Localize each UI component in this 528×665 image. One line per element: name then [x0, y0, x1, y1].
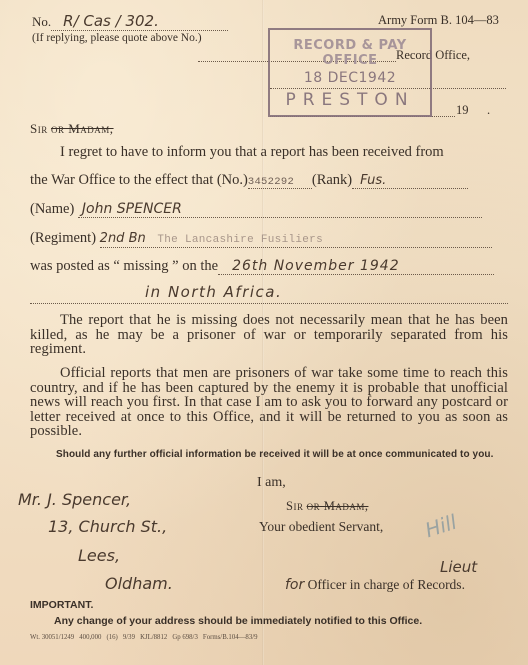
name-line: (Name) John SPENCER — [30, 201, 482, 218]
missing-location-value: in North Africa. — [145, 283, 282, 301]
location-line: in North Africa. — [30, 285, 508, 304]
address-line-3: Lees, — [78, 546, 120, 565]
important-label: IMPORTANT. — [30, 599, 93, 611]
print-code: Wt. 30051/1249 400,000 (16) 9/39 KJL/881… — [30, 634, 258, 641]
record-pay-office-stamp: RECORD & PAY OFFICE 18 DEC1942 PRESTON — [268, 28, 432, 117]
paragraph-prisoners-of-war: Official reports that men are prisoners … — [30, 366, 508, 439]
regiment-value: 2nd Bn The Lancashire Fusiliers — [100, 230, 492, 248]
salutation-sir: Sir — [30, 121, 48, 136]
war-office-line: the War Office to the effect that (No.)3… — [30, 172, 468, 189]
closing-servant: Your obedient Servant, — [259, 519, 383, 535]
for-prefix: for — [285, 577, 304, 593]
closing-sir: Sir — [286, 499, 303, 513]
officer-title: Officer in charge of Records. — [308, 577, 465, 592]
no-label: No. — [32, 14, 51, 29]
address-line-2: 13, Church St., — [48, 517, 167, 536]
posted-missing-line: was posted as “ missing ” on the26th Nov… — [30, 258, 494, 275]
stamp-location: PRESTON — [270, 90, 430, 110]
intro-line: I regret to have to inform you that a re… — [60, 144, 444, 161]
form-number: Army Form B. 104—83 — [378, 13, 499, 28]
missing-date-value: 26th November 1942 — [218, 258, 494, 275]
regiment-line: (Regiment) 2nd Bn The Lancashire Fusilie… — [30, 230, 492, 248]
rank-label: (Rank) — [312, 172, 352, 188]
posted-label: was posted as “ missing ” on the — [30, 258, 218, 274]
year-prefix: 19 — [456, 103, 469, 118]
address-line-4: Oldham. — [105, 574, 173, 593]
stamp-office-name: RECORD & PAY OFFICE — [270, 38, 430, 68]
regiment-label: (Regiment) — [30, 230, 96, 246]
regiment-battalion: 2nd Bn — [100, 231, 146, 246]
signatory-rank: Lieut — [440, 558, 477, 576]
important-text: Any change of your address should be imm… — [54, 615, 422, 627]
army-form-b104-83: No.R/ Cas / 302. (If replying, please qu… — [0, 0, 528, 665]
officer-signature: Hill — [422, 510, 460, 543]
reference-number-value: R/ Cas / 302. — [51, 12, 228, 31]
regiment-name: The Lancashire Fusiliers — [157, 234, 323, 246]
closing-or-madam-struck: or Madam, — [307, 499, 369, 513]
year-suffix: . — [487, 103, 490, 118]
paragraph-3-text: Should any further official information … — [56, 449, 494, 460]
reply-note: (If replying, please quote above No.) — [32, 32, 202, 44]
salutation: Sir or Madam, — [30, 121, 114, 137]
reference-number-field: No.R/ Cas / 302. — [32, 12, 228, 31]
paragraph-not-necessarily-killed: The report that he is missing does not n… — [30, 313, 508, 357]
paragraph-1-text: The report that he is missing does not n… — [30, 312, 508, 357]
name-value: John SPENCER — [78, 201, 482, 218]
service-number-value: 3452292 — [248, 176, 312, 189]
address-line-1: Mr. J. Spencer, — [18, 490, 131, 509]
salutation-or-madam-struck: or Madam, — [51, 121, 114, 136]
name-label: (Name) — [30, 201, 74, 217]
war-office-text: the War Office to the effect that (No.) — [30, 172, 248, 188]
stamp-date: 18 DEC1942 — [270, 70, 430, 86]
closing-i-am: I am, — [257, 475, 286, 491]
paragraph-further-information: Should any further official information … — [30, 448, 508, 461]
closing-salutation: Sir or Madam, — [286, 499, 368, 514]
rank-value: Fus. — [352, 173, 468, 189]
officer-in-charge-line: for Officer in charge of Records. — [285, 577, 465, 593]
paragraph-2-text: Official reports that men are prisoners … — [30, 365, 508, 439]
